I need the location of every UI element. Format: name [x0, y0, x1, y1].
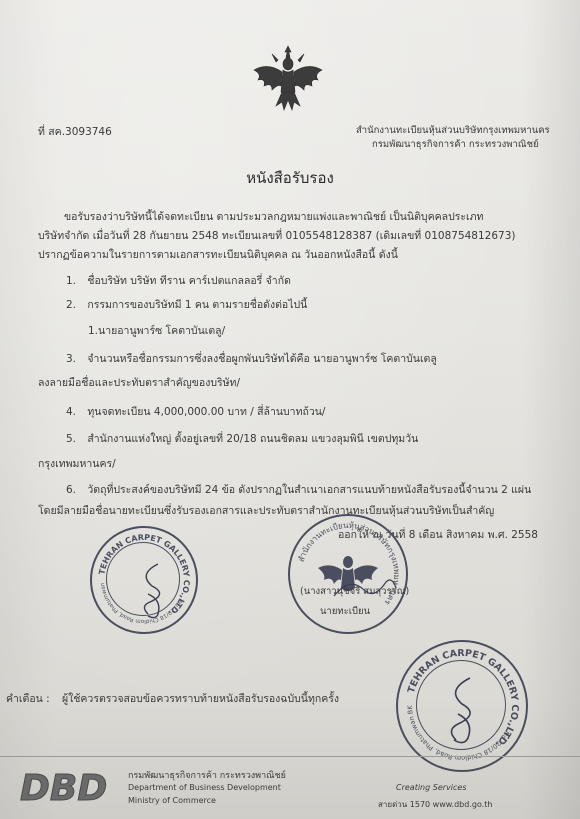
- item-number: 6.: [66, 484, 76, 496]
- intro-line-1: ขอรับรองว่าบริษัทนี้ได้จดทะเบียน ตามประม…: [64, 208, 483, 225]
- reference-number: ที่ สค.3093746: [38, 123, 112, 140]
- garuda-emblem-icon: [248, 40, 328, 120]
- item-number: 1.: [66, 275, 76, 287]
- dbd-logo-icon: DBD: [18, 762, 118, 808]
- item-text: จำนวนหรือชื่อกรรมการซึ่งลงชื่อผูกพันบริษ…: [87, 353, 436, 365]
- director-signature: [128, 554, 188, 624]
- item-text: ชื่อบริษัท บริษัท ทีราน คาร์เปตแกลลอรี่ …: [87, 275, 291, 287]
- issuer-department: กรมพัฒนาธุรกิจการค้า กระทรวงพาณิชย์: [372, 137, 539, 152]
- issuer-office: สำนักงานทะเบียนหุ้นส่วนบริษัทกรุงเทพมหาน…: [356, 123, 550, 138]
- footer-ministry: Ministry of Commerce: [128, 796, 216, 805]
- item-6: 6. วัตถุที่ประสงค์ของบริษัทมี 24 ข้อ ดัง…: [66, 481, 531, 498]
- item-4: 4. ทุนจดทะเบียน 4,000,000.00 บาท / สี่ล้…: [66, 403, 325, 420]
- footer-dept-thai: กรมพัฒนาธุรกิจการค้า กระทรวงพาณิชย์: [128, 768, 286, 782]
- footer-divider: [0, 756, 580, 757]
- item-1: 1. ชื่อบริษัท บริษัท ทีราน คาร์เปตแกลลอร…: [66, 272, 291, 289]
- item-3: 3. จำนวนหรือชื่อกรรมการซึ่งลงชื่อผูกพันบ…: [66, 350, 437, 367]
- warning-label: คำเตือน :: [6, 690, 50, 707]
- item-2: 2. กรรมการของบริษัทมี 1 คน ตามรายชื่อดัง…: [66, 296, 307, 313]
- item-2-director: 1.นายอานูพาร์ซ โคตาบันเตลู/: [88, 322, 225, 339]
- intro-line-2: บริษัทจำกัด เมื่อวันที่ 28 กันยายน 2548 …: [38, 227, 515, 244]
- item-number: 3.: [66, 353, 76, 365]
- item-text: สำนักงานแห่งใหญ่ ตั้งอยู่เลขที่ 20/18 ถน…: [87, 433, 418, 445]
- item-3-continued: ลงลายมือชื่อและประทับตราสำคัญของบริษัท/: [38, 374, 240, 391]
- intro-line-3: ปรากฏข้อความในรายการตามเอกสารทะเบียนนิติ…: [38, 246, 398, 263]
- item-text: กรรมการของบริษัทมี 1 คน ตามรายชื่อดังต่อ…: [87, 299, 307, 311]
- item-text: ทุนจดทะเบียน 4,000,000.00 บาท / สี่ล้านบ…: [87, 406, 325, 418]
- document-title: หนังสือรับรอง: [0, 166, 580, 190]
- item-number: 2.: [66, 299, 76, 311]
- item-5-continued: กรุงเทพมหานคร/: [38, 455, 116, 472]
- item-text: วัตถุที่ประสงค์ของบริษัทมี 24 ข้อ ดังปรา…: [87, 484, 531, 496]
- item-5: 5. สำนักงานแห่งใหญ่ ตั้งอยู่เลขที่ 20/18…: [66, 430, 418, 447]
- director-signature-bottom: [436, 670, 496, 750]
- item-number: 4.: [66, 406, 76, 418]
- footer-slogan: Creating Services: [396, 783, 466, 792]
- item-number: 5.: [66, 433, 76, 445]
- footer-dept-english: Department of Business Development: [128, 783, 281, 792]
- footer-hotline: สายด่วน 1570 www.dbd.go.th: [378, 798, 492, 811]
- item-6-continued: โดยมีลายมือชื่อนายทะเบียนซึ่งรับรองเอกสา…: [38, 502, 494, 519]
- svg-text:DBD: DBD: [20, 768, 107, 808]
- registrar-signature: [330, 570, 400, 610]
- certificate-page: ที่ สค.3093746 สำนักงานทะเบียนหุ้นส่วนบร…: [0, 0, 580, 819]
- warning-text: ผู้ใช้ควรตรวจสอบข้อควรทราบท้ายหนังสือรับ…: [62, 690, 339, 707]
